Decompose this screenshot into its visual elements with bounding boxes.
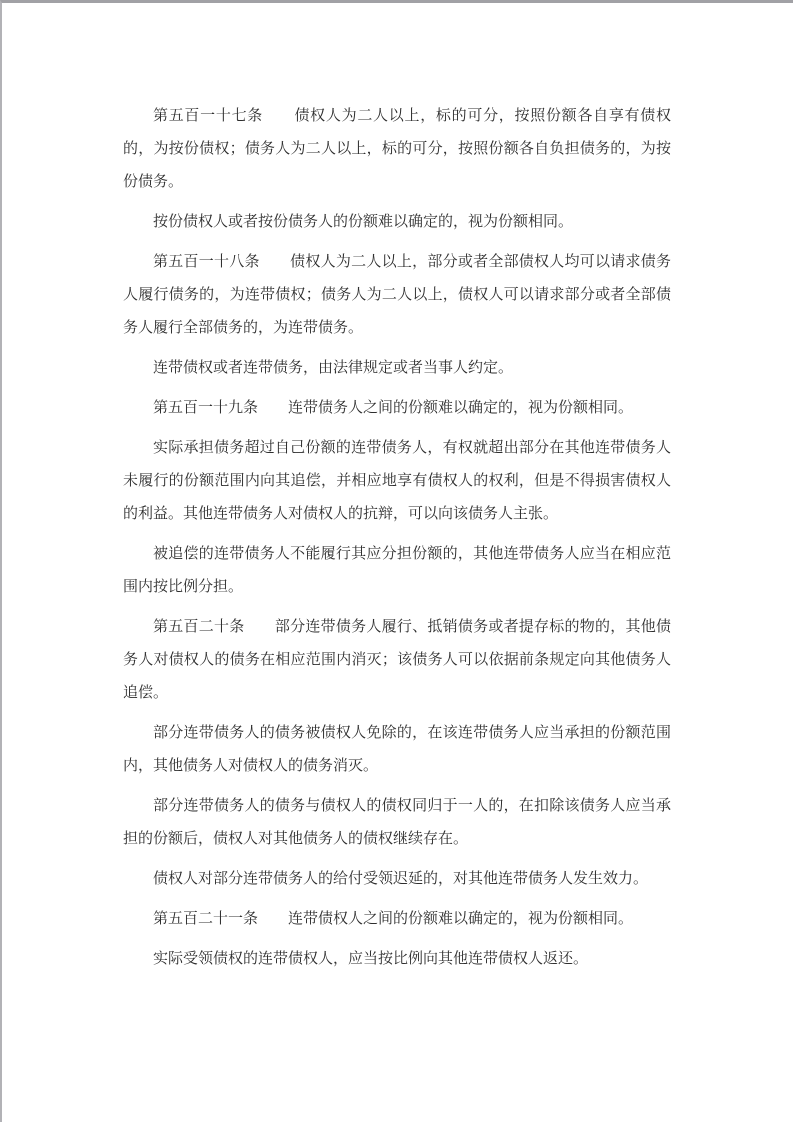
paragraph-article-520: 第五百二十条 部分连带债务人履行、抵销债务或者提存标的物的，其他债务人对债权人的… (123, 611, 671, 710)
paragraph-article-518: 第五百一十八条 债权人为二人以上，部分或者全部债权人均可以请求债务人履行债务的，… (123, 246, 671, 345)
paragraph-article-517-clause-2: 按份债权人或者按份债务人的份额难以确定的，视为份额相同。 (123, 206, 671, 239)
paragraph-article-520-clause-2: 部分连带债务人的债务被债权人免除的，在该连带债务人应当承担的份额范围内，其他债务… (123, 717, 671, 783)
paragraph-article-521-clause-2: 实际受领债权的连带债权人，应当按比例向其他连带债权人返还。 (123, 943, 671, 976)
document-text-block: 第五百一十七条 债权人为二人以上，标的可分，按照份额各自享有债权的，为按份债权；… (123, 100, 671, 983)
paragraph-article-521: 第五百二十一条 连带债权人之间的份额难以确定的，视为份额相同。 (123, 903, 671, 936)
document-page: 第五百一十七条 债权人为二人以上，标的可分，按照份额各自享有债权的，为按份债权；… (0, 0, 793, 1122)
paragraph-article-520-clause-3: 部分连带债务人的债务与债权人的债权同归于一人的，在扣除该债务人应当承担的份额后，… (123, 790, 671, 856)
paragraph-article-520-clause-4: 债权人对部分连带债务人的给付受领迟延的，对其他连带债务人发生效力。 (123, 863, 671, 896)
paragraph-article-519-clause-2: 实际承担债务超过自己份额的连带债务人，有权就超出部分在其他连带债务人未履行的份额… (123, 432, 671, 531)
paragraph-article-517: 第五百一十七条 债权人为二人以上，标的可分，按照份额各自享有债权的，为按份债权；… (123, 100, 671, 199)
paragraph-article-518-clause-2: 连带债权或者连带债务，由法律规定或者当事人约定。 (123, 352, 671, 385)
paragraph-article-519: 第五百一十九条 连带债务人之间的份额难以确定的，视为份额相同。 (123, 392, 671, 425)
paragraph-article-519-clause-3: 被追偿的连带债务人不能履行其应分担份额的，其他连带债务人应当在相应范围内按比例分… (123, 538, 671, 604)
